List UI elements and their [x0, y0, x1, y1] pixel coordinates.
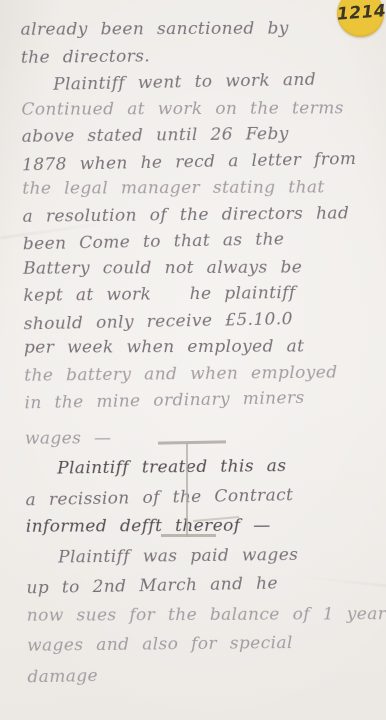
handwriting-line: wages —	[25, 424, 375, 452]
handwriting-line: already been sanctioned by	[21, 15, 371, 43]
manuscript-page: 1214 already been sanctioned bythe direc…	[0, 0, 386, 720]
handwriting-line: now sues for the balance of 1 years	[27, 601, 377, 629]
handwriting-line: been Come to that as the	[23, 225, 373, 258]
pencil-mark-vertical-line	[186, 443, 188, 537]
handwriting-line: a recission of the Contract	[25, 480, 375, 513]
handwriting-line: Battery could not always be	[23, 254, 373, 282]
handwriting-line: should only receive £5.10.0	[23, 304, 373, 337]
handwriting-line: the legal manager stating that	[22, 174, 372, 202]
handwritten-text: already been sanctioned bythe directors.…	[20, 14, 377, 689]
handwriting-line: in the mine ordinary miners	[24, 384, 374, 417]
handwriting-line: Plaintiff was paid wages	[26, 541, 376, 571]
handwriting-line: per week when employed at	[24, 333, 374, 361]
handwriting-line: up to 2nd March and he	[26, 569, 376, 602]
handwriting-line: 1878 when he recd a letter from	[22, 145, 372, 178]
handwriting-line: Plaintiff treated this as	[25, 452, 375, 482]
handwriting-line: Plaintiff went to work and	[21, 66, 371, 99]
handwriting-line: damage	[27, 657, 377, 690]
pencil-mark-underline	[161, 534, 216, 537]
handwriting-line: wages and also for special	[27, 629, 377, 659]
handwriting-line: Continued at work on the terms	[21, 95, 371, 123]
